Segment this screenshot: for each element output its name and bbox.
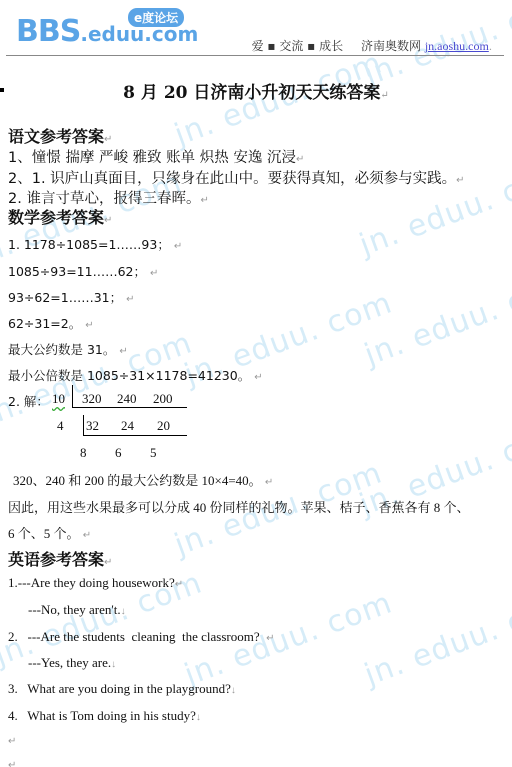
math-line: 93÷62=1……31； ↵: [8, 288, 135, 306]
math-line: 1085÷93=11……62； ↵: [8, 262, 158, 280]
english-line: 4. What is Tom doing in his study?↓: [8, 708, 201, 724]
math-conclusion: 6 个、5 个。 ↵: [8, 523, 91, 542]
math-conclusion: 320、240 和 200 的最大公约数是 10×4=40。 ↵: [13, 470, 273, 489]
english-line: ---Yes, they are.↓: [28, 655, 116, 671]
chinese-heading: 语文参考答案↵: [8, 124, 112, 147]
empty-paragraph: ↵: [8, 760, 16, 767]
chinese-line: 1、憧憬 揣摩 严峻 雅致 账单 炽热 安逸 沉浸↵: [8, 146, 304, 167]
bbs-logo[interactable]: BBS.eduu.com e度论坛: [16, 14, 198, 49]
logo-badge: e度论坛: [128, 8, 184, 27]
english-line: 2. ---Are the students cleaning the clas…: [8, 629, 275, 645]
header-divider: [6, 55, 504, 56]
watermark: jn. eduu. com: [360, 585, 512, 692]
watermark: jn. eduu. com: [360, 265, 512, 372]
site-link[interactable]: jn.aoshu.com: [425, 39, 489, 53]
math-line: 最小公倍数是 1085÷31×1178=41230。 ↵: [8, 366, 263, 384]
english-heading: 英语参考答案↵: [8, 547, 112, 570]
page-header: BBS.eduu.com e度论坛 爱 ▪ 交流 ▪ 成长 济南奥数网 jn.a…: [6, 0, 506, 56]
page-title: 8 月 20 日济南小升初天天练答案↵: [0, 78, 512, 103]
english-line: 1.---Are they doing housework?↵: [8, 575, 183, 591]
math-conclusion: 因此，用这些水果最多可以分成 40 份同样的礼物。苹果、桔子、香蕉各有 8 个、: [8, 497, 470, 516]
english-line: ---No, they aren't.↓: [28, 602, 126, 618]
math-heading: 数学参考答案↵: [8, 205, 112, 228]
chinese-line: 2、1. 识庐山真面目，只缘身在此山中。要获得真知，必须参与实践。↵: [8, 167, 465, 188]
math-line: 最大公约数是 31。 ↵: [8, 340, 128, 358]
english-line: 3. What are you doing in the playground?…: [8, 681, 236, 697]
header-slogan: 爱 ▪ 交流 ▪ 成长 济南奥数网 jn.aoshu.com.: [252, 37, 492, 54]
math-line: 62÷31=2。 ↵: [8, 314, 94, 332]
empty-paragraph: ↵: [8, 736, 16, 747]
math-line: 1. 1178÷1085=1……93； ↵: [8, 235, 182, 253]
